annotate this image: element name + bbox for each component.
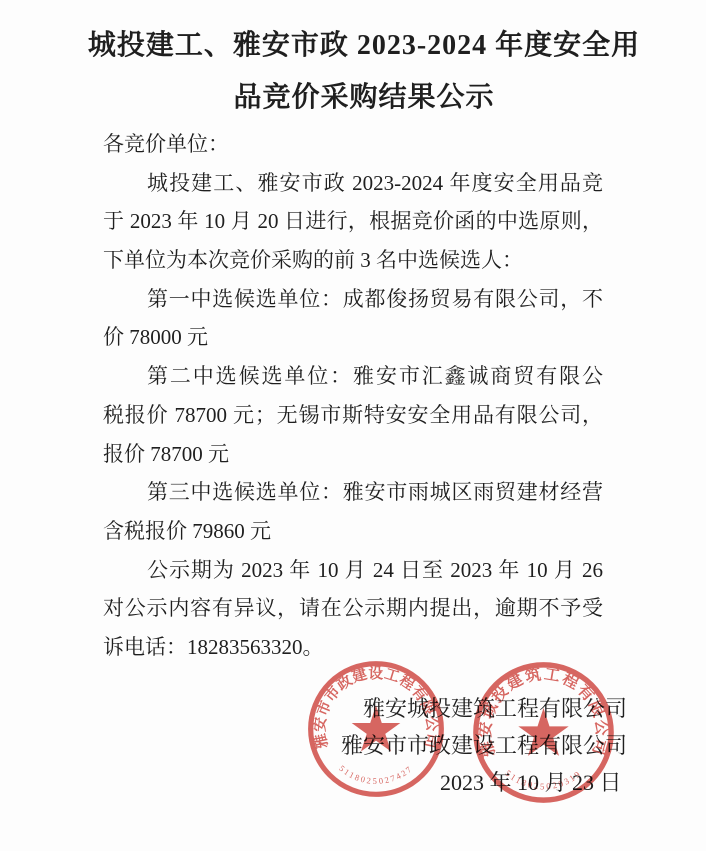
- body-line: 对公示内容有异议，请在公示期内提出，逾期不予受理。投: [103, 589, 603, 628]
- seal-number: 5118025027427: [337, 763, 415, 786]
- signature-date: 2023 年 10 月 23 日: [440, 770, 622, 796]
- body-line: 税报价 78700 元；无锡市斯特安安全用品有限公司，不含税: [103, 396, 603, 435]
- page-title-line-1: 城投建工、雅安市政 2023-2024 年度安全用: [22, 20, 706, 72]
- signature-company-2: 雅安市市政建设工程有限公司: [341, 733, 627, 759]
- salutation: 各竞价单位：: [103, 125, 603, 164]
- seal-number-text-path: 5118025027427: [337, 763, 415, 786]
- body-line: 报价 78700 元: [103, 435, 603, 474]
- body-line: 诉电话：18283563320。: [103, 628, 603, 667]
- body-line: 公示期为 2023 年 10 月 24 日至 2023 年 10 月 26 日，…: [103, 551, 603, 590]
- document-body: 各竞价单位： 城投建工、雅安市政 2023-2024 年度安全用品竞价采购 于 …: [103, 125, 603, 667]
- official-seal-left: 雅安市市政建设工程有限公司 5118025027427: [303, 658, 449, 800]
- body-line: 第三中选候选单位：雅安市雨城区雨贸建材经营部，不: [103, 473, 603, 512]
- document-page: 城投建工、雅安市政 2023-2024 年度安全用 品竞价采购结果公示 各竞价单…: [0, 0, 706, 851]
- body-line: 于 2023 年 10 月 20 日进行，根据竞价函的中选原则，确定以: [103, 202, 603, 241]
- page-title: 城投建工、雅安市政 2023-2024 年度安全用 品竞价采购结果公示: [0, 20, 706, 124]
- body-line: 第一中选候选单位：成都俊扬贸易有限公司，不含税报: [103, 280, 603, 319]
- page-title-line-2: 品竞价采购结果公示: [22, 72, 706, 124]
- body-line: 城投建工、雅安市政 2023-2024 年度安全用品竞价采购: [103, 164, 603, 203]
- body-line: 价 78000 元: [103, 318, 603, 357]
- body-line: 含税报价 79860 元: [103, 512, 603, 551]
- body-line: 下单位为本次竞价采购的前 3 名中选候选人：: [103, 241, 603, 280]
- seal-ring: [311, 664, 442, 795]
- body-line: 第二中选候选单位：雅安市汇鑫诚商贸有限公司，不含: [103, 357, 603, 396]
- signature-company-1: 雅安城投建筑工程有限公司: [363, 696, 627, 722]
